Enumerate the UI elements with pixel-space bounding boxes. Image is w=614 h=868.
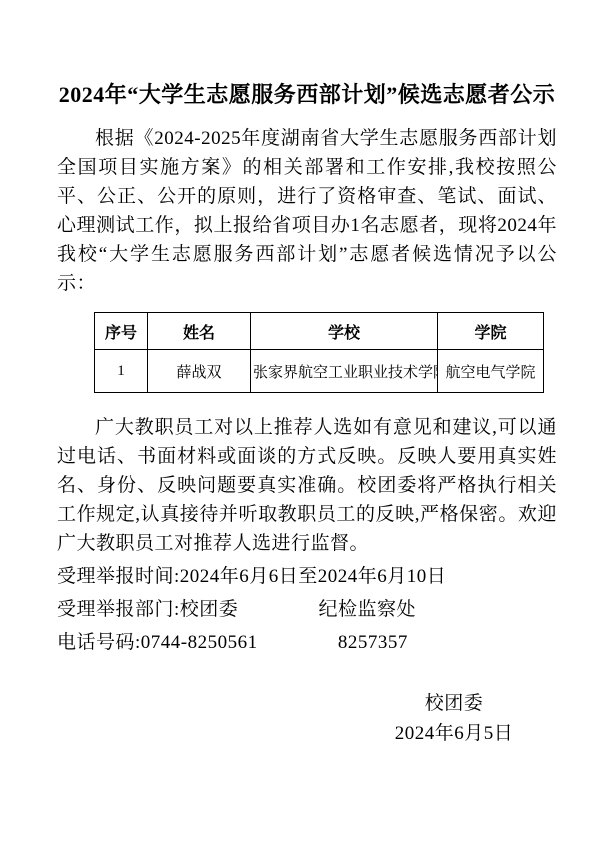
phone-first: 电话号码:0744-8250561 xyxy=(57,628,258,657)
cell-name: 薛战双 xyxy=(148,350,251,393)
intro-paragraph: 根据《2024-2025年度湖南省大学生志愿服务西部计划全国项目实施方案》的相关… xyxy=(57,124,557,298)
report-dept-second: 纪检监察处 xyxy=(319,595,417,624)
signature-date: 2024年6月5日 xyxy=(354,719,554,749)
report-dept-first: 受理举报部门:校团委 xyxy=(57,595,238,624)
phone-line: 电话号码:0744-8250561 8257357 xyxy=(57,628,557,657)
table-row: 1 薛战双 张家界航空工业职业技术学院 航空电气学院 xyxy=(95,350,544,393)
signature-block: 校团委 2024年6月5日 xyxy=(354,689,554,749)
signature-org: 校团委 xyxy=(354,689,554,719)
cell-college: 航空电气学院 xyxy=(438,350,544,393)
table-body: 1 薛战双 张家界航空工业职业技术学院 航空电气学院 xyxy=(95,350,544,393)
feedback-paragraph: 广大教职员工对以上推荐人选如有意见和建议,可以通过电话、书面材料或面谈的方式反映… xyxy=(57,413,557,558)
cell-index: 1 xyxy=(95,350,148,393)
document-page: 2024年“大学生志愿服务西部计划”候选志愿者公示 根据《2024-2025年度… xyxy=(0,0,614,868)
page-title: 2024年“大学生志愿服务西部计划”候选志愿者公示 xyxy=(57,78,557,112)
report-time-line: 受理举报时间:2024年6月6日至2024年6月10日 xyxy=(57,562,557,591)
col-header-college: 学院 xyxy=(438,313,544,350)
col-header-index: 序号 xyxy=(95,313,148,350)
col-header-school: 学校 xyxy=(251,313,438,350)
col-header-name: 姓名 xyxy=(148,313,251,350)
phone-second: 8257357 xyxy=(338,628,408,657)
cell-school: 张家界航空工业职业技术学院 xyxy=(251,350,438,393)
candidates-table: 序号 姓名 学校 学院 1 薛战双 张家界航空工业职业技术学院 航空电气学院 xyxy=(94,312,544,393)
table-header: 序号 姓名 学校 学院 xyxy=(95,313,544,350)
table-header-row: 序号 姓名 学校 学院 xyxy=(95,313,544,350)
report-dept-line: 受理举报部门:校团委 纪检监察处 xyxy=(57,595,557,624)
